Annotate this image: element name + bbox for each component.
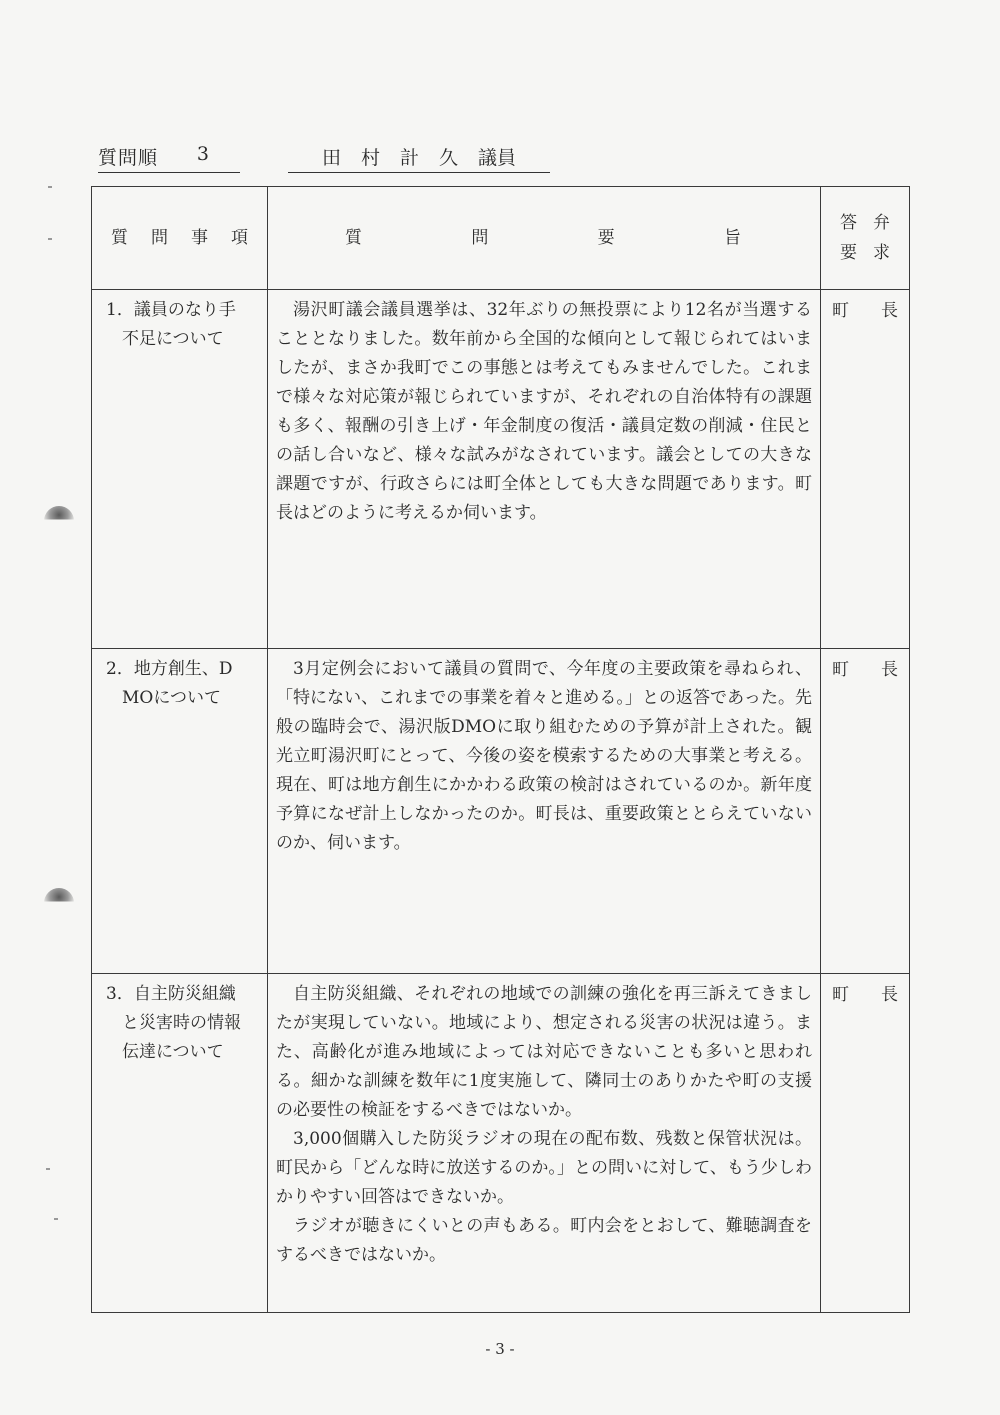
question-topic: 2．地方創生、D MOについて — [92, 649, 268, 974]
punch-hole-bottom — [44, 888, 74, 918]
question-order-label: 質問順 — [98, 143, 158, 170]
margin-mark — [48, 238, 52, 240]
margin-mark — [46, 1168, 50, 1170]
margin-mark — [48, 186, 52, 188]
question-summary: 湯沢町議会議員選挙は、32年ぶりの無投票により12名が当選することとなりました。… — [268, 290, 821, 649]
table-row: 3．自主防災組織 と災害時の情報 伝達について 自主防災組織、それぞれの地域での… — [92, 974, 910, 1313]
answer-request: 町 長 — [821, 290, 910, 649]
member-name: 田村計久議員 — [288, 143, 550, 173]
table-header-row: 質 問 事 項 質 問 要 旨 答 弁 要 求 — [92, 187, 910, 290]
table-row: 1．議員のなり手 不足について 湯沢町議会議員選挙は、32年ぶりの無投票により1… — [92, 290, 910, 649]
document-title: 質問順 3 田村計久議員 — [98, 143, 558, 175]
header-question-topic: 質 問 事 項 — [92, 187, 268, 290]
answer-request: 町 長 — [821, 974, 910, 1313]
punch-hole-top — [44, 506, 74, 536]
header-answer-request: 答 弁 要 求 — [821, 187, 910, 290]
question-topic: 1．議員のなり手 不足について — [92, 290, 268, 649]
answer-request: 町 長 — [821, 649, 910, 974]
question-topic: 3．自主防災組織 と災害時の情報 伝達について — [92, 974, 268, 1313]
header-question-summary: 質 問 要 旨 — [268, 187, 821, 290]
question-order-number: 3 — [197, 143, 210, 170]
margin-mark — [54, 1218, 58, 1220]
table-row: 2．地方創生、D MOについて 3月定例会において議員の質問で、今年度の主要政策… — [92, 649, 910, 974]
question-summary: 自主防災組織、それぞれの地域での訓練の強化を再三訴えてきましたが実現していない。… — [268, 974, 821, 1313]
question-order: 質問順 3 — [98, 143, 240, 173]
question-table: 質 問 事 項 質 問 要 旨 答 弁 要 求 — [91, 186, 910, 1313]
question-summary: 3月定例会において議員の質問で、今年度の主要政策を尋ねられ、「特にない、これまで… — [268, 649, 821, 974]
page-number: - 3 - — [0, 1340, 1000, 1358]
